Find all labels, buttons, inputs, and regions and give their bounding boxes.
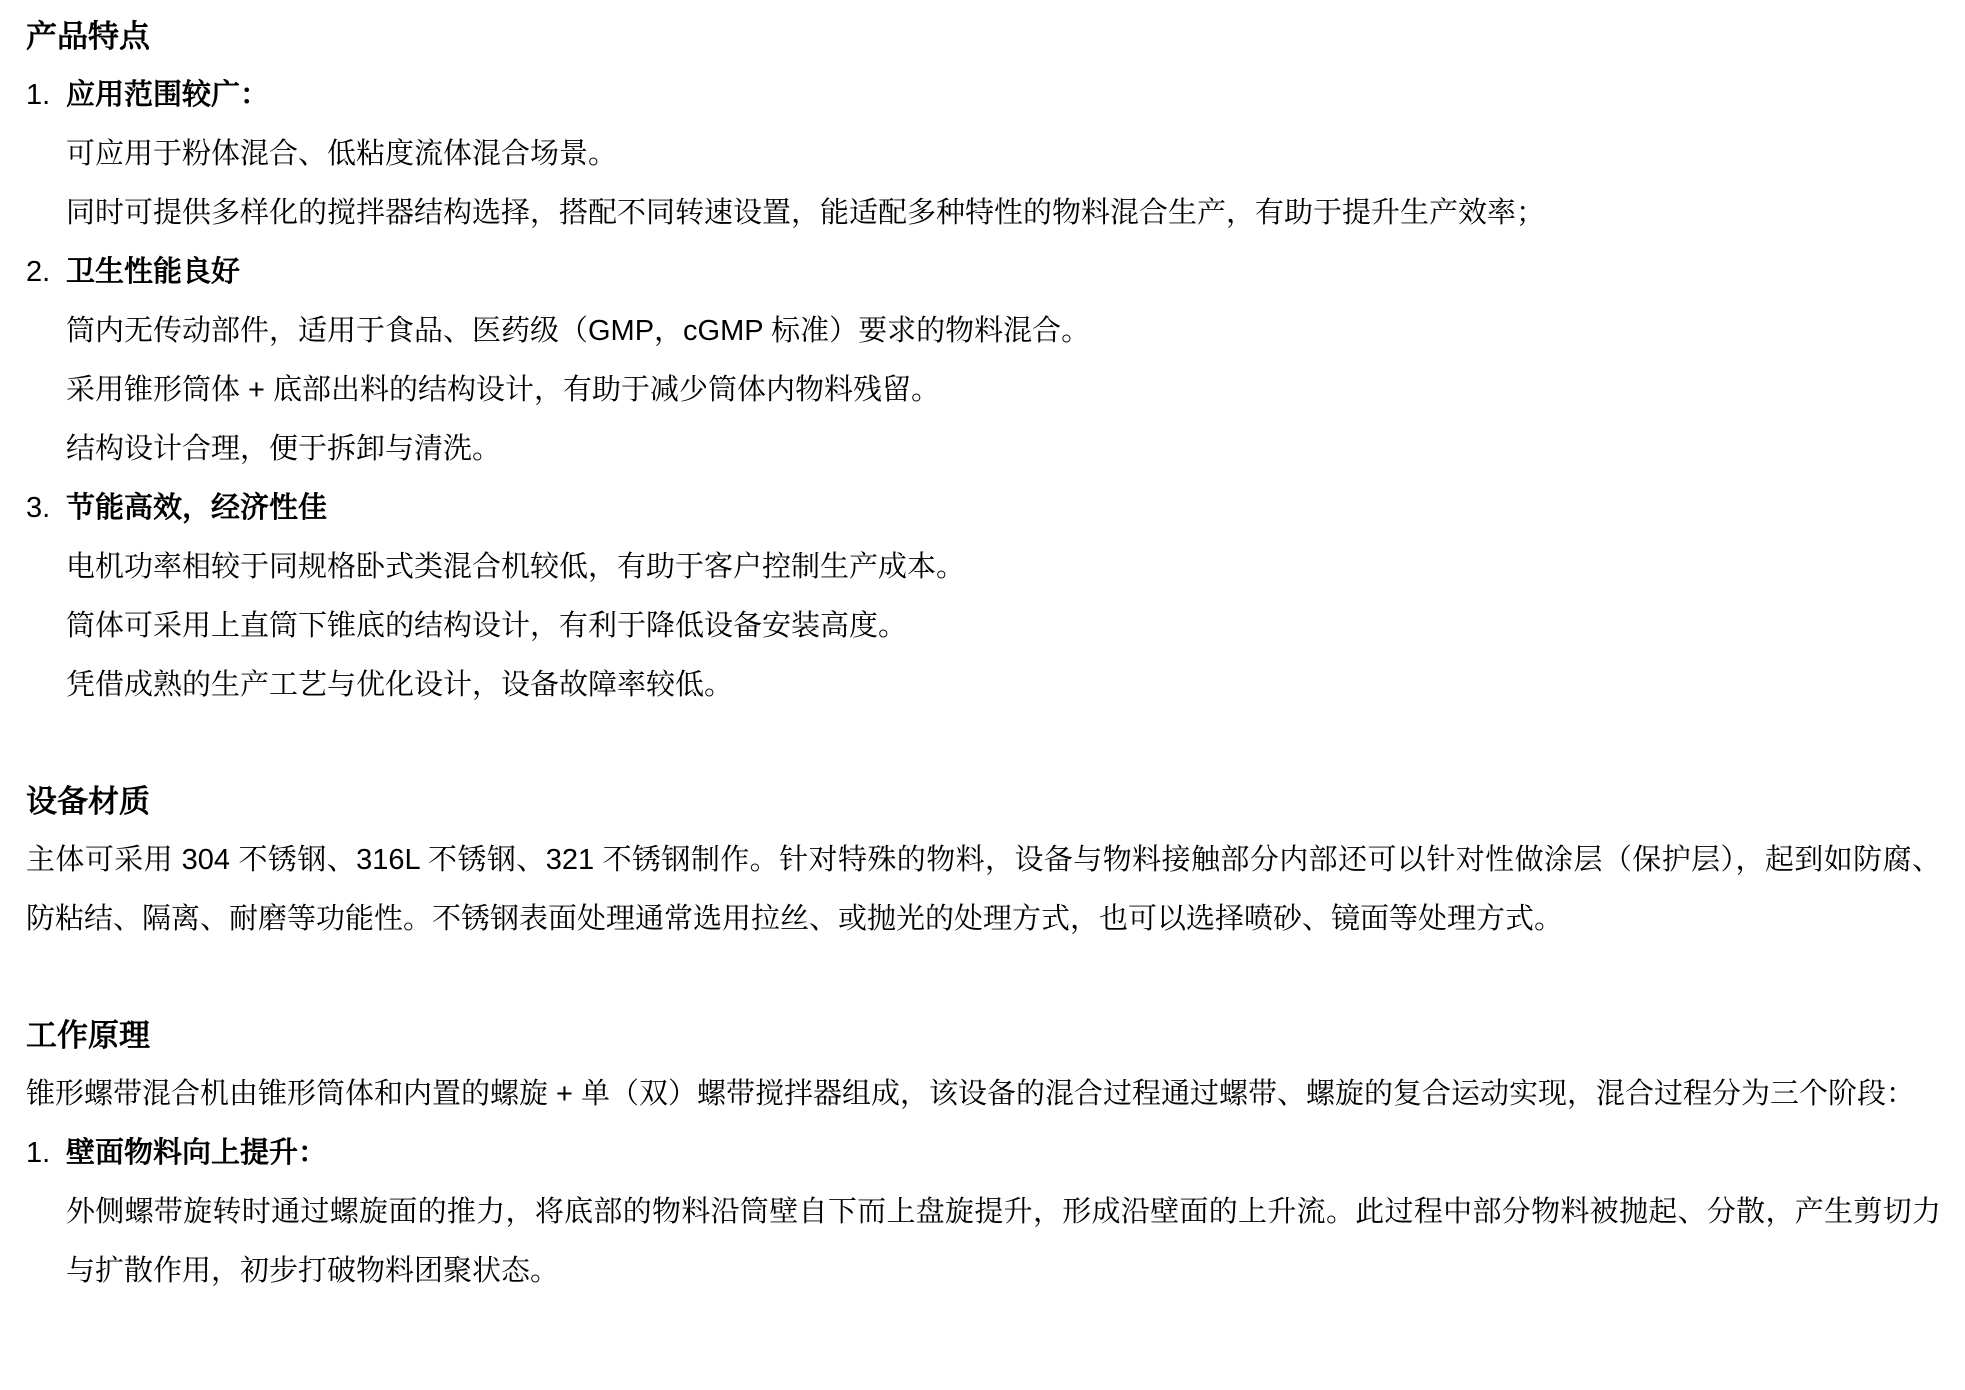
working-principle-intro: 锥形螺带混合机由锥形筒体和内置的螺旋 + 单（双）螺带搅拌器组成，该设备的混合过…: [26, 1065, 1941, 1124]
feature-item-2-title: 卫生性能良好: [66, 243, 240, 302]
principle-stage-1-title-row: 1. 壁面物料向上提升：: [26, 1124, 1941, 1183]
feature-item-1-number: 1.: [26, 66, 66, 125]
principle-stage-1-number: 1.: [26, 1124, 66, 1183]
feature-item-3-number: 3.: [26, 479, 66, 538]
feature-item-1-title-row: 1. 应用范围较广：: [26, 66, 1941, 125]
section-heading-product-features: 产品特点: [26, 7, 1941, 66]
feature-item-1-line-2: 同时可提供多样化的搅拌器结构选择，搭配不同转速设置，能适配多种特性的物料混合生产…: [26, 184, 1941, 243]
principle-stage-1-body: 外侧螺带旋转时通过螺旋面的推力，将底部的物料沿筒壁自下而上盘旋提升，形成沿壁面的…: [26, 1183, 1941, 1301]
document-page: 产品特点 1. 应用范围较广： 可应用于粉体混合、低粘度流体混合场景。 同时可提…: [0, 0, 1965, 1390]
feature-item-3-title-row: 3. 节能高效，经济性佳: [26, 479, 1941, 538]
section-heading-working-principle: 工作原理: [26, 1006, 1941, 1065]
section-heading-equipment-material: 设备材质: [26, 772, 1941, 831]
feature-item-3-line-1: 电机功率相较于同规格卧式类混合机较低，有助于客户控制生产成本。: [26, 538, 1941, 597]
feature-item-2-title-row: 2. 卫生性能良好: [26, 243, 1941, 302]
feature-item-2-number: 2.: [26, 243, 66, 302]
feature-item-2-line-3: 结构设计合理，便于拆卸与清洗。: [26, 420, 1941, 479]
principle-stage-1-title: 壁面物料向上提升：: [66, 1124, 327, 1183]
feature-item-1-title: 应用范围较广：: [66, 66, 269, 125]
equipment-material-paragraph: 主体可采用 304 不锈钢、316L 不锈钢、321 不锈钢制作。针对特殊的物料…: [26, 831, 1941, 949]
feature-item-2-line-1: 筒内无传动部件，适用于食品、医药级（GMP，cGMP 标准）要求的物料混合。: [26, 302, 1941, 361]
feature-item-3-line-2: 筒体可采用上直筒下锥底的结构设计，有利于降低设备安装高度。: [26, 597, 1941, 656]
feature-item-3-title: 节能高效，经济性佳: [66, 479, 327, 538]
feature-item-1-line-1: 可应用于粉体混合、低粘度流体混合场景。: [26, 125, 1941, 184]
feature-item-2-line-2: 采用锥形筒体 + 底部出料的结构设计，有助于减少筒体内物料残留。: [26, 361, 1941, 420]
feature-item-3-line-3: 凭借成熟的生产工艺与优化设计，设备故障率较低。: [26, 656, 1941, 715]
